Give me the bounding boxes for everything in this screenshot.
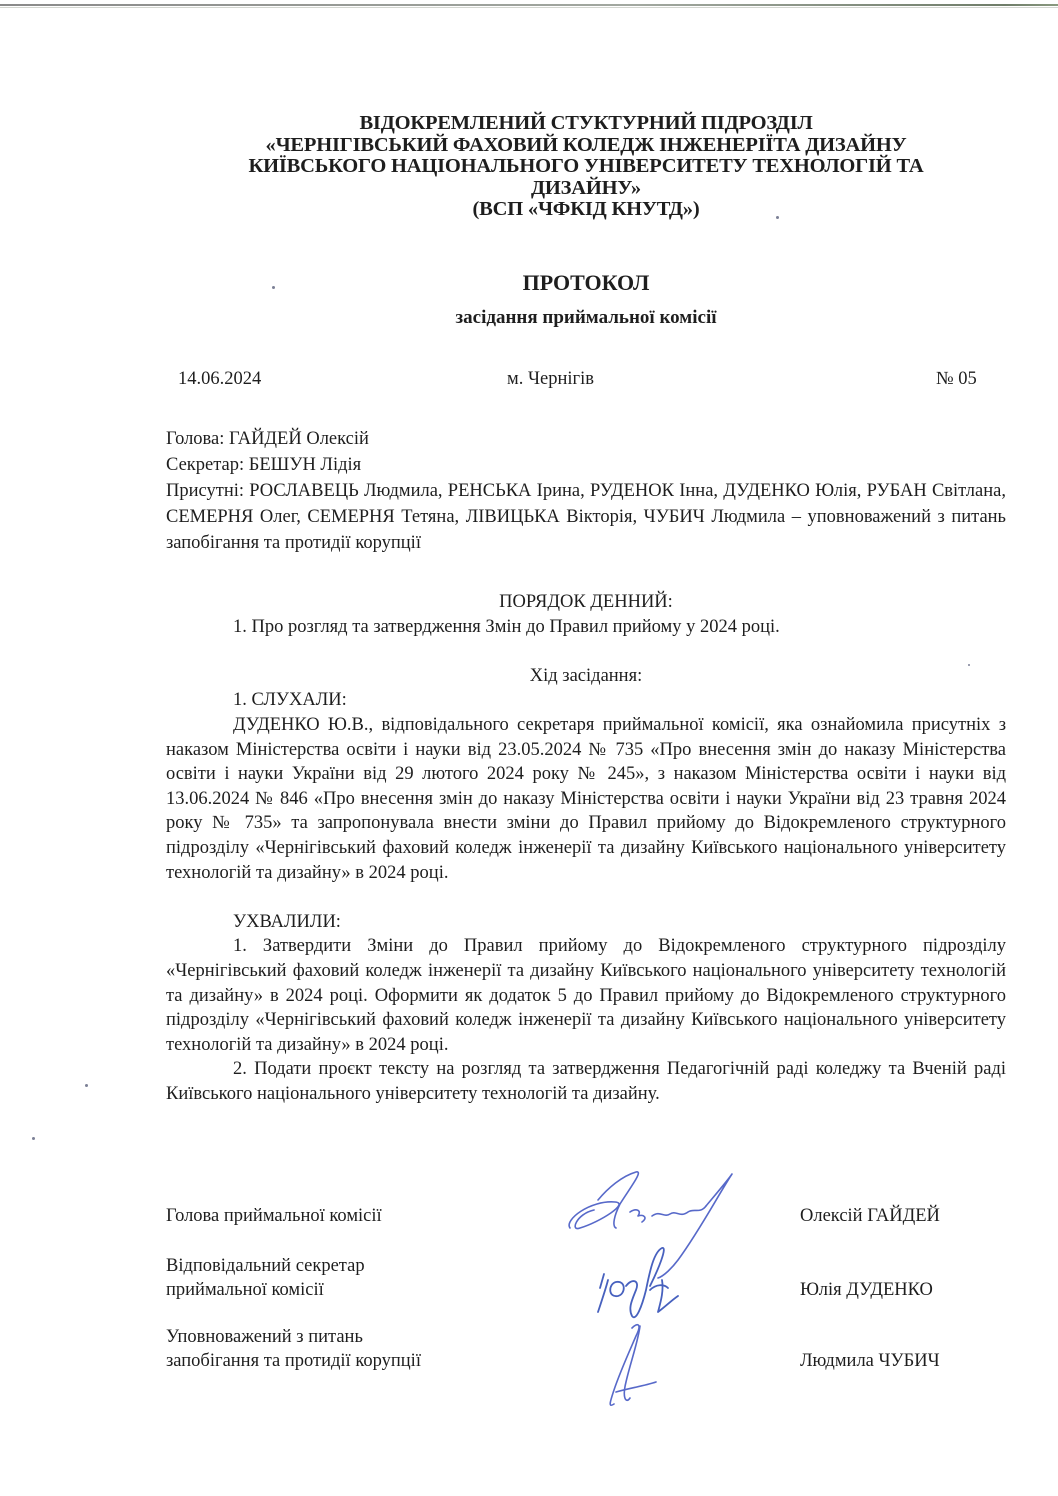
present-line: Присутні: РОСЛАВЕЦЬ Людмила, РЕНСЬКА Іри… (166, 478, 1006, 556)
protocol-body: ПОРЯДОК ДЕННИЙ: 1. Про розгляд та затвер… (166, 590, 1006, 1106)
signature-role-line: запобігання та протидії корупції (166, 1349, 506, 1373)
resolution-item: 1. Затвердити Зміни до Правил прийому до… (166, 934, 1006, 1057)
handwritten-signature-secretary-icon (592, 1240, 692, 1335)
signature-role-line: Уповноважений з питань (166, 1325, 506, 1349)
signature-role-line: Відповідальний секретар (166, 1254, 506, 1278)
agenda-heading: ПОРЯДОК ДЕННИЙ: (166, 590, 1006, 615)
meeting-city: м. Чернігів (507, 369, 594, 390)
secretary-line: Секретар: БЕШУН Лідія (166, 452, 1006, 478)
header-line: «ЧЕРНІГІВСЬКИЙ ФАХОВИЙ КОЛЕДЖ ІНЖЕНЕРІЇТ… (166, 135, 1006, 157)
institution-header: ВІДОКРЕМЛЕНИЙ СТУКТУРНИЙ ПІДРОЗДІЛ «ЧЕРН… (166, 113, 1006, 221)
signature-role: Голова приймальної комісії (166, 1204, 506, 1228)
heard-label: 1. СЛУХАЛИ: (166, 688, 1006, 713)
document-subtitle: засідання приймальної комісії (166, 307, 1006, 329)
signature-role-line: приймальної комісії (166, 1278, 506, 1302)
signatory-name: Юлія ДУДЕНКО (800, 1278, 933, 1302)
header-line: (ВСП «ЧФКІД КНУТД») (166, 199, 1006, 221)
signature-role: Уповноважений з питань запобігання та пр… (166, 1325, 506, 1373)
resolution-item: 2. Подати проєкт тексту на розгляд та за… (166, 1057, 1006, 1106)
handwritten-signature-chair-icon (560, 1170, 740, 1280)
scan-page-edge-shadow (0, 7, 1058, 8)
scan-speck (85, 1084, 88, 1087)
chair-line: Голова: ГАЙДЕЙ Олексій (166, 426, 1006, 452)
document-title: ПРОТОКОЛ (166, 270, 1006, 296)
protocol-number: № 05 (936, 369, 977, 390)
attendance-block: Голова: ГАЙДЕЙ Олексій Секретар: БЕШУН Л… (166, 426, 1006, 556)
signatory-name: Олексій ГАЙДЕЙ (800, 1204, 940, 1228)
handwritten-signature-anticorruption-icon (600, 1320, 680, 1410)
proceedings-heading: Хід засідання: (166, 664, 1006, 689)
scan-speck (32, 1137, 35, 1140)
scan-page-edge (0, 4, 1058, 6)
meeting-date: 14.06.2024 (178, 369, 261, 390)
signature-role: Відповідальний секретар приймальної комі… (166, 1254, 506, 1302)
header-line: КИЇВСЬКОГО НАЦІОНАЛЬНОГО УНІВЕРСИТЕТУ ТЕ… (166, 156, 1006, 178)
heard-text: ДУДЕНКО Ю.В., відповідального секретаря … (166, 713, 1006, 885)
signatory-name: Людмила ЧУБИЧ (800, 1349, 940, 1373)
agenda-item: 1. Про розгляд та затвердження Змін до П… (166, 615, 1006, 640)
header-line: ДИЗАЙНУ» (166, 178, 1006, 200)
resolved-label: УХВАЛИЛИ: (166, 910, 1006, 935)
header-line: ВІДОКРЕМЛЕНИЙ СТУКТУРНИЙ ПІДРОЗДІЛ (166, 113, 1006, 135)
